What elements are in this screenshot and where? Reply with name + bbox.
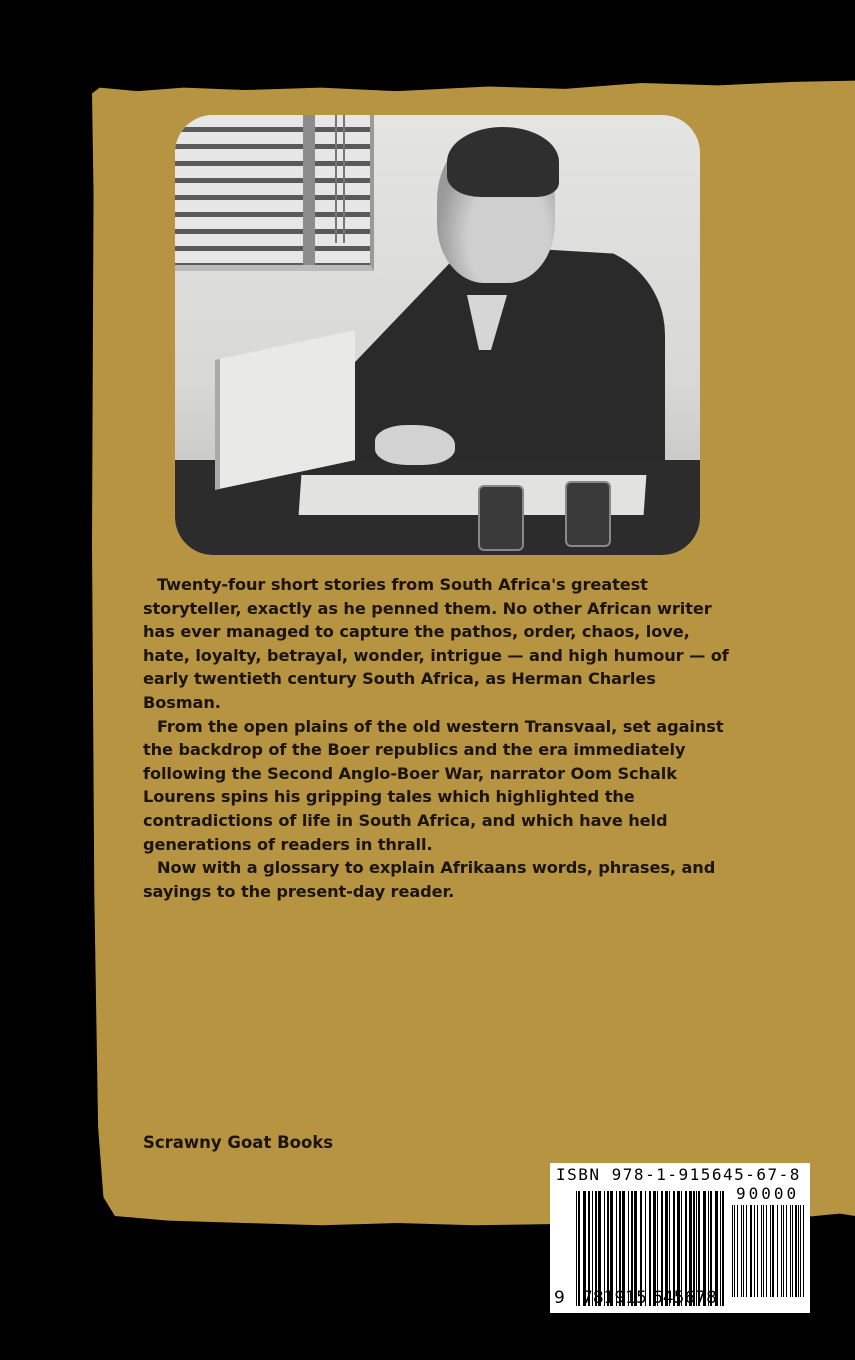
blurb-paragraph: Now with a glossary to explain Afrikaans… xyxy=(143,856,733,903)
barcode-bar xyxy=(649,1191,651,1306)
barcode-bar xyxy=(720,1191,721,1306)
barcode-bar xyxy=(746,1205,747,1297)
ean-group-left: 781915 xyxy=(582,1288,647,1308)
barcode-bar xyxy=(763,1205,764,1297)
barcode-bar xyxy=(741,1205,742,1297)
barcode-bar xyxy=(772,1205,774,1297)
barcode-bar xyxy=(766,1205,767,1297)
barcode-bar xyxy=(792,1205,793,1297)
blind-cord xyxy=(343,115,345,243)
publisher-name: Scrawny Goat Books xyxy=(143,1133,333,1152)
author-photo xyxy=(175,115,700,555)
isbn-label: ISBN 978-1-915645-67-8 xyxy=(556,1165,801,1184)
addon-bars xyxy=(732,1205,804,1297)
barcode-bar xyxy=(798,1205,799,1297)
barcode-bar xyxy=(777,1205,778,1297)
ean-first-digit: 9 xyxy=(554,1288,565,1308)
barcode-bar xyxy=(734,1205,735,1297)
back-cover-blurb: Twenty-four short stories from South Afr… xyxy=(143,573,733,903)
barcode-bar xyxy=(754,1205,755,1297)
barcode-bar xyxy=(790,1205,791,1297)
barcode-bar xyxy=(795,1205,797,1297)
blind-pole xyxy=(303,115,315,265)
isbn-barcode: ISBN 978-1-915645-67-8 90000 9 781915 64… xyxy=(550,1163,810,1313)
barcode-bar xyxy=(786,1205,787,1297)
ean-group-right: 645678 xyxy=(652,1288,717,1308)
hand xyxy=(375,425,455,465)
barcode-bar xyxy=(732,1205,733,1297)
barcode-bar xyxy=(761,1205,762,1297)
barcode-bar xyxy=(800,1205,801,1297)
blurb-paragraph: From the open plains of the old western … xyxy=(143,715,733,857)
blind-cord xyxy=(335,115,337,243)
ink-bottle-icon xyxy=(565,481,611,547)
barcode-bar xyxy=(757,1205,758,1297)
ink-bottle-icon xyxy=(478,485,524,551)
barcode-bar xyxy=(576,1191,577,1306)
barcode-bar xyxy=(722,1191,724,1306)
barcode-bar xyxy=(781,1205,782,1297)
blurb-paragraph: Twenty-four short stories from South Afr… xyxy=(143,573,733,715)
barcode-bar xyxy=(743,1205,744,1297)
barcode-bar xyxy=(737,1205,738,1297)
barcode-bar xyxy=(750,1205,752,1297)
barcode-bar xyxy=(803,1205,804,1297)
author-hair xyxy=(447,127,559,197)
price-addon-digits: 90000 xyxy=(736,1184,799,1203)
barcode-bar xyxy=(578,1191,580,1306)
barcode-bar xyxy=(783,1205,784,1297)
barcode-bar xyxy=(770,1205,771,1297)
